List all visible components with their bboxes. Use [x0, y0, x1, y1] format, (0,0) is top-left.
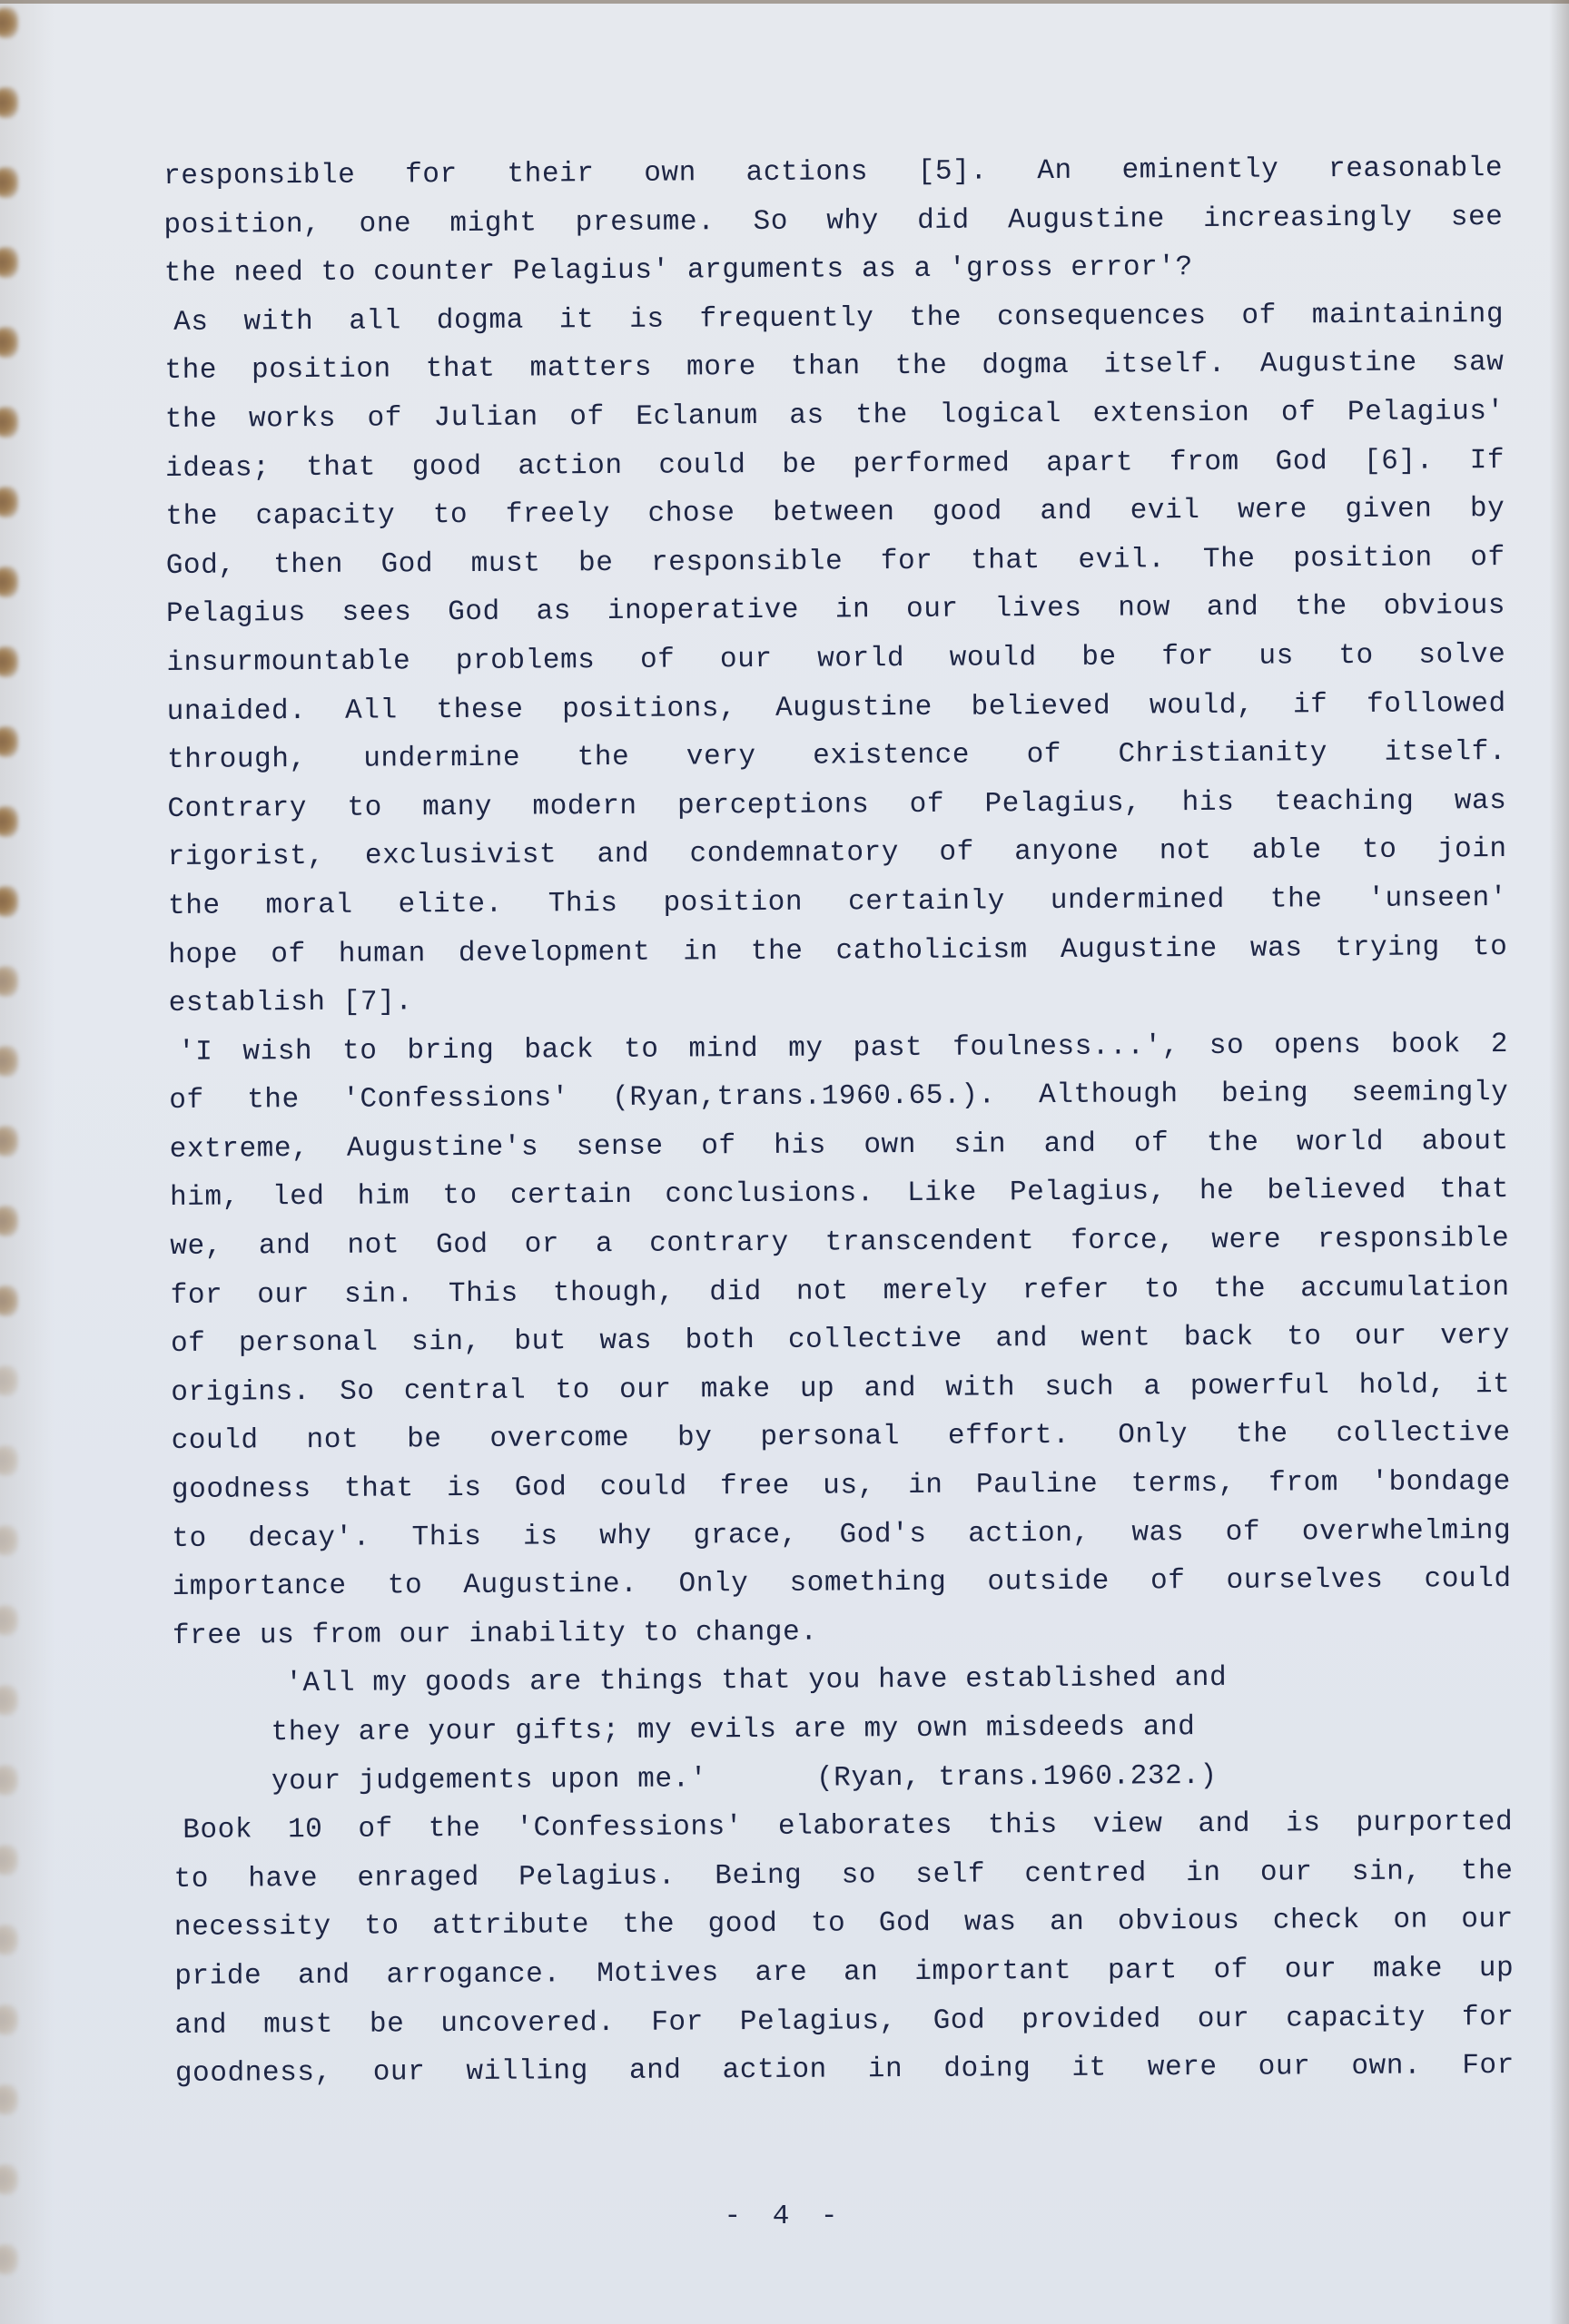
text-line: origins. So central to our make up and w…: [171, 1361, 1510, 1418]
spiral-binding: [0, 0, 36, 2324]
text-line: rigorist, exclusivist and condemnatory o…: [168, 825, 1507, 882]
binding-ring: [0, 806, 18, 837]
binding-ring: [0, 1046, 18, 1077]
text-line: the position that matters more than the …: [164, 339, 1504, 396]
binding-ring: [0, 247, 18, 278]
quote-line: 'All my goods are things that you have e…: [271, 1653, 1356, 1709]
binding-ring: [0, 886, 18, 917]
quote-citation: (Ryan, trans.1960.232.): [816, 1752, 1218, 1803]
binding-ring: [0, 487, 18, 517]
text-line: we, and not God or a contrary transcende…: [170, 1215, 1509, 1272]
binding-ring: [0, 2004, 18, 2035]
text-line: insurmountable problems of our world wou…: [166, 631, 1505, 688]
binding-ring: [0, 966, 18, 997]
text-line: through, undermine the very existence of…: [167, 728, 1506, 785]
paragraph-dogma: As with all dogma it is frequently the c…: [164, 290, 1508, 1029]
document-body: responsible for their own actions [5]. A…: [163, 144, 1515, 2099]
text-line: responsible for their own actions [5]. A…: [163, 144, 1503, 202]
page-number: - 4 -: [0, 2201, 1569, 2232]
binding-ring: [0, 1365, 18, 1396]
text-line: As with all dogma it is frequently the c…: [164, 290, 1504, 348]
text-line: importance to Augustine. Only something …: [172, 1555, 1511, 1612]
text-line: to have enraged Pelagius. Being so self …: [173, 1847, 1513, 1905]
binding-ring: [0, 566, 18, 597]
binding-ring: [0, 327, 18, 358]
text-line: and must be uncovered. For Pelagius, God…: [174, 1994, 1514, 2051]
text-line: free us from our inability to change.: [173, 1604, 1512, 1661]
text-line: goodness, our willing and action in doin…: [175, 2042, 1515, 2099]
binding-ring: [0, 1206, 18, 1236]
text-line: of the 'Confessions' (Ryan,trans.1960.65…: [169, 1068, 1508, 1126]
text-line: Book 10 of the 'Confessions' elaborates …: [173, 1798, 1513, 1856]
binding-ring: [0, 1285, 18, 1316]
text-line: ideas; that good action could be perform…: [165, 437, 1505, 494]
paragraph-book10: Book 10 of the 'Confessions' elaborates …: [173, 1798, 1515, 2099]
text-line: necessity to attribute the good to God w…: [174, 1896, 1514, 1953]
binding-ring: [0, 1605, 18, 1636]
text-line: 'I wish to bring back to mind my past fo…: [169, 1020, 1508, 1078]
binding-ring: [0, 1925, 18, 1955]
text-line: extreme, Augustine's sense of his own si…: [170, 1118, 1509, 1175]
text-line: goodness that is God could free us, in P…: [172, 1458, 1511, 1515]
text-line: unaided. All these positions, Augustine …: [167, 680, 1506, 737]
page-top-edge: [0, 0, 1569, 4]
text-line: pride and arrogance. Motives are an impo…: [174, 1945, 1514, 2002]
quote-text: your judgements upon me.': [271, 1763, 707, 1797]
binding-ring: [0, 1445, 18, 1476]
binding-ring: [0, 1126, 18, 1157]
text-line: the moral elite. This position certainly…: [168, 874, 1507, 931]
quote-line: your judgements upon me.'(Ryan, trans.19…: [271, 1751, 1357, 1807]
quote-line: they are your gifts; my evils are my own…: [271, 1702, 1356, 1758]
binding-ring: [0, 7, 18, 38]
binding-ring: [0, 646, 18, 677]
text-line: Contrary to many modern perceptions of P…: [167, 777, 1506, 834]
binding-ring: [0, 407, 18, 438]
text-line: the need to counter Pelagius' arguments …: [164, 241, 1504, 299]
binding-ring: [0, 1685, 18, 1716]
binding-ring: [0, 1845, 18, 1876]
binding-ring: [0, 2084, 18, 2115]
binding-ring: [0, 1525, 18, 1556]
text-line: hope of human development in the catholi…: [168, 922, 1507, 980]
text-line: establish [7].: [169, 971, 1508, 1029]
binding-ring: [0, 1765, 18, 1796]
text-line: position, one might presume. So why did …: [163, 193, 1503, 251]
text-line: him, led him to certain conclusions. Lik…: [170, 1166, 1509, 1223]
text-line: the works of Julian of Eclanum as the lo…: [165, 388, 1505, 445]
block-quote: 'All my goods are things that you have e…: [173, 1653, 1357, 1807]
text-line: God, then God must be responsible for th…: [166, 534, 1505, 591]
paragraph-continuation: responsible for their own actions [5]. A…: [163, 144, 1504, 299]
text-line: of personal sin, but was both collective…: [171, 1312, 1510, 1369]
text-line: could not be overcome by personal effort…: [172, 1409, 1511, 1466]
text-line: to decay'. This is why grace, God's acti…: [172, 1507, 1511, 1564]
text-line: the capacity to freely chose between goo…: [165, 485, 1505, 542]
binding-ring: [0, 167, 18, 198]
binding-ring: [0, 2164, 18, 2195]
binding-ring: [0, 87, 18, 118]
text-line: for our sin. This though, did not merely…: [171, 1264, 1510, 1321]
text-line: Pelagius sees God as inoperative in our …: [166, 582, 1505, 639]
binding-ring: [0, 726, 18, 757]
binding-ring: [0, 2244, 18, 2275]
typed-page: responsible for their own actions [5]. A…: [0, 0, 1569, 2324]
paragraph-confessions: 'I wish to bring back to mind my past fo…: [169, 1020, 1512, 1661]
